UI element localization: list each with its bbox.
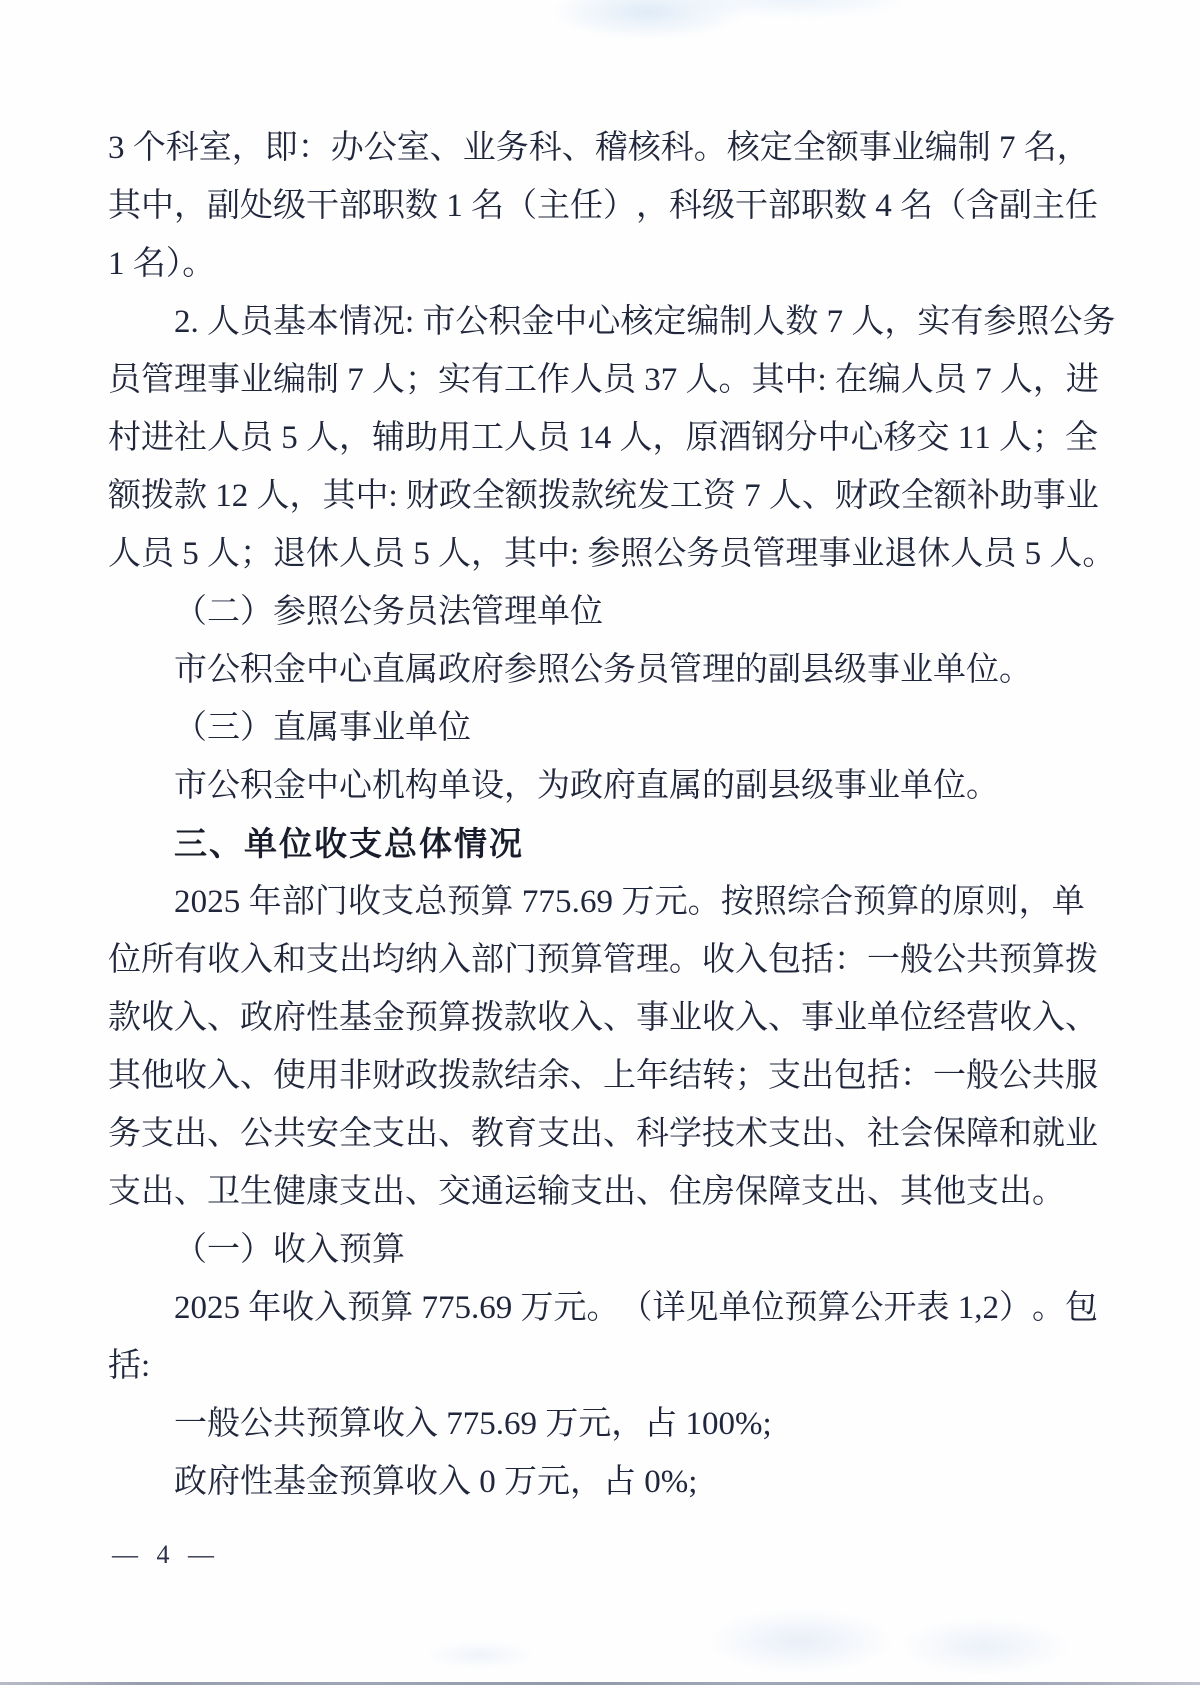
document-line: 支出、卫生健康支出、交通运输支出、住房保障支出、其他支出。: [108, 1163, 1085, 1221]
document-line: 村进社人员 5 人，辅助用工人员 14 人，原酒钢分中心移交 11 人；全: [108, 409, 1085, 467]
document-line: 2. 人员基本情况: 市公积金中心核定编制人数 7 人，实有参照公务: [108, 293, 1085, 351]
document-line: 3 个科室，即：办公室、业务科、稽核科。核定全额事业编制 7 名，: [108, 119, 1085, 177]
document-line: （一）收入预算: [108, 1221, 1085, 1279]
document-line: 其他收入、使用非财政拨款结余、上年结转；支出包括：一般公共服: [108, 1047, 1085, 1105]
scan-edge-line: [0, 1682, 1200, 1685]
document-line: 2025 年收入预算 775.69 万元。（详见单位预算公开表 1,2）。包: [108, 1279, 1085, 1337]
scan-artifact-bottom-left: [390, 1630, 570, 1680]
document-line: 款收入、政府性基金预算拨款收入、事业收入、事业单位经营收入、: [108, 989, 1085, 1047]
document-line: 其中，副处级干部职数 1 名（主任），科级干部职数 4 名（含副主任: [108, 177, 1085, 235]
scan-artifact-top: [480, 0, 900, 70]
scan-artifact-bottom: [640, 1575, 1100, 1685]
section-heading: 三、单位收支总体情况: [108, 815, 1085, 873]
document-line: 市公积金中心直属政府参照公务员管理的副县级事业单位。: [108, 641, 1085, 699]
document-line: 1 名）。: [108, 235, 1085, 293]
document-line: 2025 年部门收支总预算 775.69 万元。按照综合预算的原则，单: [108, 873, 1085, 931]
document-line: 员管理事业编制 7 人；实有工作人员 37 人。其中: 在编人员 7 人，进: [108, 351, 1085, 409]
document-line: 市公积金中心机构单设，为政府直属的副县级事业单位。: [108, 757, 1085, 815]
document-line: 务支出、公共安全支出、教育支出、科学技术支出、社会保障和就业: [108, 1105, 1085, 1163]
document-line: 括:: [108, 1337, 1085, 1395]
document-line: 位所有收入和支出均纳入部门预算管理。收入包括：一般公共预算拨: [108, 931, 1085, 989]
document-line: 一般公共预算收入 775.69 万元，占 100%;: [108, 1395, 1085, 1453]
document-line: （二）参照公务员法管理单位: [108, 583, 1085, 641]
document-line: 政府性基金预算收入 0 万元，占 0%;: [108, 1453, 1085, 1511]
document-lines: 3 个科室，即：办公室、业务科、稽核科。核定全额事业编制 7 名，其中，副处级干…: [108, 119, 1085, 1511]
page-number: — 4 —: [112, 1540, 220, 1570]
document-page: 3 个科室，即：办公室、业务科、稽核科。核定全额事业编制 7 名，其中，副处级干…: [0, 0, 1200, 1688]
document-line: 人员 5 人；退休人员 5 人，其中: 参照公务员管理事业退休人员 5 人。: [108, 525, 1085, 583]
document-line: 额拨款 12 人，其中: 财政全额拨款统发工资 7 人、财政全额补助事业: [108, 467, 1085, 525]
document-line: （三）直属事业单位: [108, 699, 1085, 757]
